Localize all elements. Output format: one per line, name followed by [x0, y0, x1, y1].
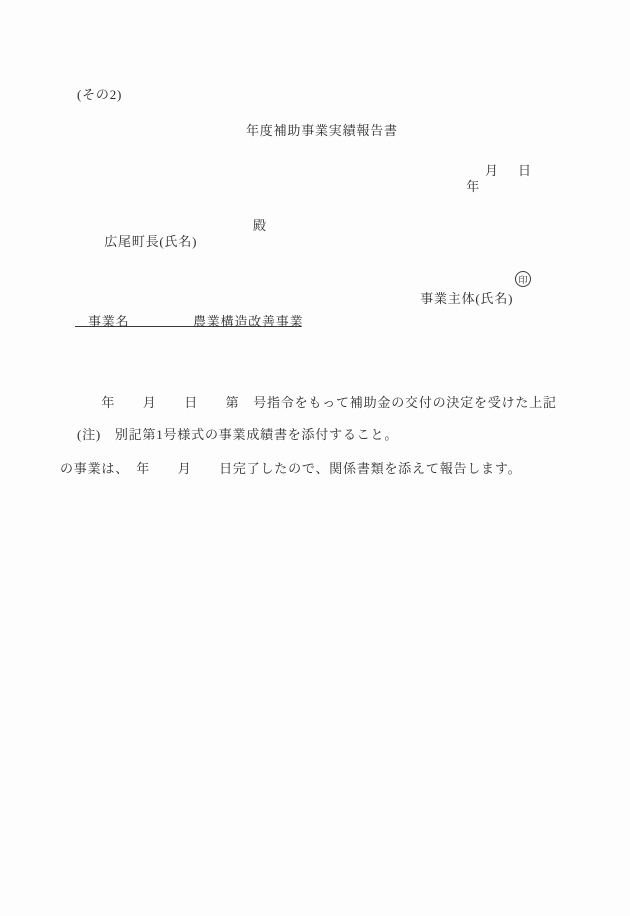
- business-entity-label: 事業主体(氏名): [420, 291, 513, 306]
- page-label: (その2): [77, 84, 122, 103]
- date-day-label: 日: [518, 160, 532, 179]
- project-name-label: 事業名: [88, 311, 129, 330]
- date-year-label: 年: [466, 179, 480, 194]
- seal-mark-icon: 印: [515, 271, 531, 287]
- project-name-value: 農業構造改善事業: [193, 311, 303, 330]
- document-page: (その2) 年度補助事業実績報告書 年 月 日 広尾町長(氏名) 殿 事業主体(…: [0, 0, 630, 916]
- business-entity-line: 事業主体(氏名) 印: [404, 272, 564, 292]
- project-name-line: 事業名 農業構造改善事業: [75, 310, 301, 327]
- footnote: (注) 別記第1号様式の事業成績書を添付すること。: [77, 424, 398, 443]
- addressee-honorific: 殿: [253, 215, 267, 234]
- date-month-label: 月: [485, 160, 499, 179]
- addressee-name: 広尾町長(氏名): [104, 234, 197, 249]
- addressee-line: 広尾町長(氏名) 殿: [88, 215, 338, 282]
- date-line: 年 月 日: [450, 160, 570, 243]
- body-line-1: 年 月 日 第 号指令をもって補助金の交付の決定を受けた上記: [60, 392, 580, 414]
- body-line-2: の事業は、 年 月 日完了したので、関係書類を添えて報告します。: [60, 458, 580, 480]
- document-title: 年度補助事業実績報告書: [246, 120, 398, 139]
